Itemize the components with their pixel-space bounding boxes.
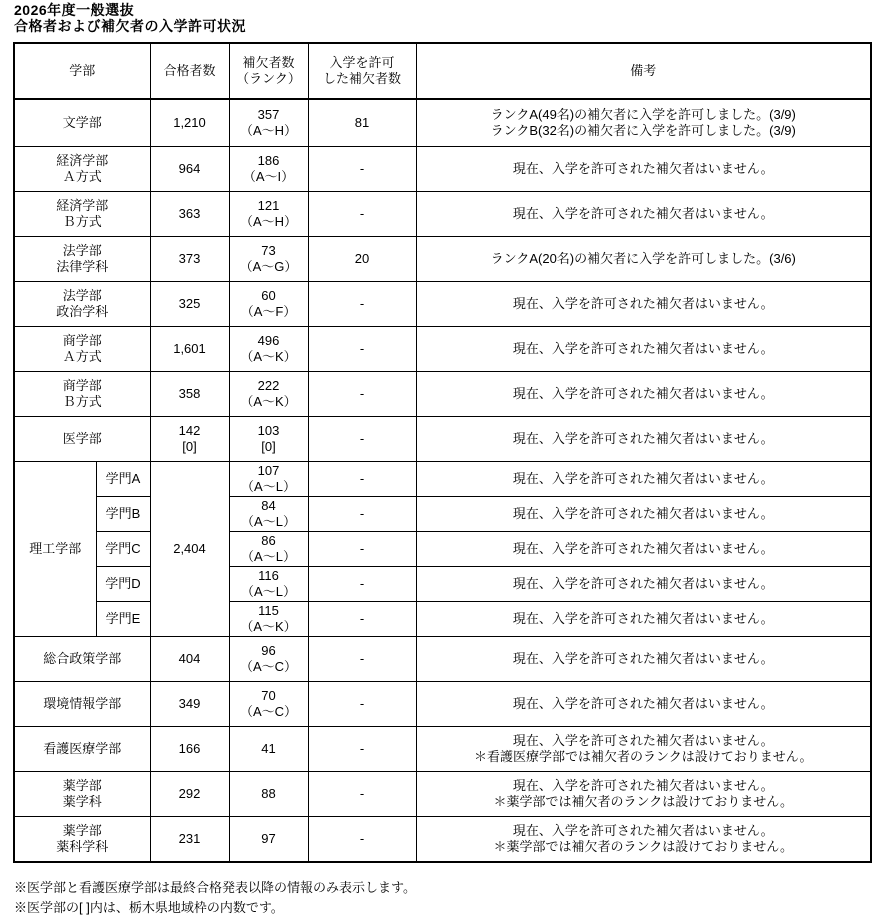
table-row: 法学部 政治学科 325 60 （A～F） - 現在、入学を許可された補欠者はい… [14,281,871,326]
passed-count-cell: 292 [150,771,229,816]
waitlist-count-cell: 496 （A～K） [229,326,308,371]
admitted-count-cell: - [308,461,416,496]
admitted-count-cell: - [308,681,416,726]
table-row: 学門C 86 （A～L） - 現在、入学を許可された補欠者はいません。 [14,531,871,566]
remarks-cell: 現在、入学を許可された補欠者はいません。 [416,461,871,496]
passed-count-cell: 325 [150,281,229,326]
remarks-cell: 現在、入学を許可された補欠者はいません。 ＊薬学部では補欠者のランクは設けており… [416,771,871,816]
faculty-cell: 看護医療学部 [14,726,150,771]
faculty-cell: 経済学部 Ｂ方式 [14,191,150,236]
table-row: 総合政策学部 404 96 （A～C） - 現在、入学を許可された補欠者はいませ… [14,636,871,681]
faculty-cell: 経済学部 Ａ方式 [14,146,150,191]
remarks-cell: 現在、入学を許可された補欠者はいません。 [416,191,871,236]
admitted-count-cell: - [308,816,416,862]
faculty-cell: 薬学部 薬学科 [14,771,150,816]
table-row: 経済学部 Ａ方式 964 186 （A～I） - 現在、入学を許可された補欠者は… [14,146,871,191]
page-title-line1: 2026年度一般選抜 [14,2,246,18]
waitlist-count-cell: 103 [0] [229,416,308,461]
faculty-cell: 総合政策学部 [14,636,150,681]
remarks-cell: ランクA(20名)の補欠者に入学を許可しました。(3/6) [416,236,871,281]
admitted-count-cell: - [308,726,416,771]
table-row: 薬学部 薬学科 292 88 - 現在、入学を許可された補欠者はいません。 ＊薬… [14,771,871,816]
admitted-count-cell: - [308,281,416,326]
remarks-cell: 現在、入学を許可された補欠者はいません。 [416,681,871,726]
table-row: 商学部 Ｂ方式 358 222 （A～K） - 現在、入学を許可された補欠者はい… [14,371,871,416]
passed-count-cell: 166 [150,726,229,771]
table-row: 環境情報学部 349 70 （A～C） - 現在、入学を許可された補欠者はいませ… [14,681,871,726]
passed-count-cell: 373 [150,236,229,281]
remarks-cell: 現在、入学を許可された補欠者はいません。 ＊看護医療学部では補欠者のランクは設け… [416,726,871,771]
footnote-medical-nursing: ※医学部と看護医療学部は最終合格発表以降の情報のみ表示します。 [14,878,416,898]
passed-count-cell: 358 [150,371,229,416]
waitlist-count-cell: 222 （A～K） [229,371,308,416]
faculty-cell: 文学部 [14,99,150,146]
waitlist-count-cell: 96 （A～C） [229,636,308,681]
faculty-cell: 薬学部 薬科学科 [14,816,150,862]
subfaculty-cell: 学門E [96,601,150,636]
header-row: 学部 合格者数 補欠者数 （ランク） 入学を許可 した補欠者数 備考 [14,43,871,99]
footnotes: ※医学部と看護医療学部は最終合格発表以降の情報のみ表示します。 ※医学部の[ ]… [14,878,416,918]
remarks-cell: 現在、入学を許可された補欠者はいません。 [416,566,871,601]
waitlist-count-cell: 107 （A～L） [229,461,308,496]
faculty-cell: 理工学部 [14,461,96,636]
faculty-cell: 法学部 政治学科 [14,281,150,326]
waitlist-count-cell: 84 （A～L） [229,496,308,531]
subfaculty-cell: 学門B [96,496,150,531]
col-header-waitlist: 補欠者数 （ランク） [229,43,308,99]
table-row: 文学部 1,210 357 （A～H） 81 ランクA(49名)の補欠者に入学を… [14,99,871,146]
passed-count-cell: 231 [150,816,229,862]
passed-count-cell: 349 [150,681,229,726]
admitted-count-cell: - [308,531,416,566]
waitlist-count-cell: 116 （A～L） [229,566,308,601]
admitted-count-cell: - [308,496,416,531]
page-title: 2026年度一般選抜 合格者および補欠者の入学許可状況 [14,2,246,34]
table-row: 理工学部 学門A 2,404 107 （A～L） - 現在、入学を許可された補欠… [14,461,871,496]
remarks-cell: 現在、入学を許可された補欠者はいません。 [416,416,871,461]
faculty-cell: 法学部 法律学科 [14,236,150,281]
subfaculty-cell: 学門A [96,461,150,496]
passed-count-cell: 2,404 [150,461,229,636]
waitlist-count-cell: 186 （A～I） [229,146,308,191]
admitted-count-cell: - [308,146,416,191]
faculty-cell: 商学部 Ｂ方式 [14,371,150,416]
subfaculty-cell: 学門D [96,566,150,601]
col-header-faculty: 学部 [14,43,150,99]
admitted-count-cell: - [308,191,416,236]
waitlist-count-cell: 41 [229,726,308,771]
col-header-passed: 合格者数 [150,43,229,99]
remarks-cell: 現在、入学を許可された補欠者はいません。 [416,281,871,326]
admitted-count-cell: - [308,636,416,681]
remarks-cell: 現在、入学を許可された補欠者はいません。 [416,146,871,191]
table-row: 薬学部 薬科学科 231 97 - 現在、入学を許可された補欠者はいません。 ＊… [14,816,871,862]
admitted-count-cell: - [308,326,416,371]
table-row: 学門B 84 （A～L） - 現在、入学を許可された補欠者はいません。 [14,496,871,531]
waitlist-count-cell: 88 [229,771,308,816]
waitlist-count-cell: 97 [229,816,308,862]
table-row: 学門D 116 （A～L） - 現在、入学を許可された補欠者はいません。 [14,566,871,601]
faculty-cell: 環境情報学部 [14,681,150,726]
table-row: 経済学部 Ｂ方式 363 121 （A～H） - 現在、入学を許可された補欠者は… [14,191,871,236]
passed-count-cell: 363 [150,191,229,236]
page-title-line2: 合格者および補欠者の入学許可状況 [14,18,246,34]
admitted-count-cell: - [308,371,416,416]
table-row: 商学部 Ａ方式 1,601 496 （A～K） - 現在、入学を許可された補欠者… [14,326,871,371]
faculty-cell: 商学部 Ａ方式 [14,326,150,371]
table-row: 法学部 法律学科 373 73 （A～G） 20 ランクA(20名)の補欠者に入… [14,236,871,281]
faculty-cell: 医学部 [14,416,150,461]
remarks-cell: 現在、入学を許可された補欠者はいません。 [416,496,871,531]
admitted-count-cell: - [308,601,416,636]
waitlist-count-cell: 115 （A～K） [229,601,308,636]
waitlist-count-cell: 357 （A～H） [229,99,308,146]
admission-status-table: 学部 合格者数 補欠者数 （ランク） 入学を許可 した補欠者数 備考 文学部 1… [13,42,872,863]
remarks-cell: 現在、入学を許可された補欠者はいません。 [416,601,871,636]
col-header-admitted: 入学を許可 した補欠者数 [308,43,416,99]
remarks-cell: 現在、入学を許可された補欠者はいません。 [416,636,871,681]
table-row: 学門E 115 （A～K） - 現在、入学を許可された補欠者はいません。 [14,601,871,636]
waitlist-count-cell: 86 （A～L） [229,531,308,566]
passed-count-cell: 404 [150,636,229,681]
subfaculty-cell: 学門C [96,531,150,566]
admitted-count-cell: 20 [308,236,416,281]
passed-count-cell: 1,601 [150,326,229,371]
col-header-remarks: 備考 [416,43,871,99]
waitlist-count-cell: 70 （A～C） [229,681,308,726]
passed-count-cell: 964 [150,146,229,191]
admitted-count-cell: - [308,416,416,461]
remarks-cell: 現在、入学を許可された補欠者はいません。 [416,371,871,416]
footnote-brackets: ※医学部の[ ]内は、栃木県地域枠の内数です。 [14,898,416,918]
passed-count-cell: 1,210 [150,99,229,146]
admitted-count-cell: - [308,566,416,601]
waitlist-count-cell: 60 （A～F） [229,281,308,326]
waitlist-count-cell: 121 （A～H） [229,191,308,236]
table-row: 医学部 142 [0] 103 [0] - 現在、入学を許可された補欠者はいませ… [14,416,871,461]
remarks-cell: ランクA(49名)の補欠者に入学を許可しました。(3/9) ランクB(32名)の… [416,99,871,146]
admitted-count-cell: - [308,771,416,816]
waitlist-count-cell: 73 （A～G） [229,236,308,281]
passed-count-cell: 142 [0] [150,416,229,461]
remarks-cell: 現在、入学を許可された補欠者はいません。 [416,531,871,566]
admitted-count-cell: 81 [308,99,416,146]
table-row: 看護医療学部 166 41 - 現在、入学を許可された補欠者はいません。 ＊看護… [14,726,871,771]
remarks-cell: 現在、入学を許可された補欠者はいません。 [416,326,871,371]
remarks-cell: 現在、入学を許可された補欠者はいません。 ＊薬学部では補欠者のランクは設けており… [416,816,871,862]
